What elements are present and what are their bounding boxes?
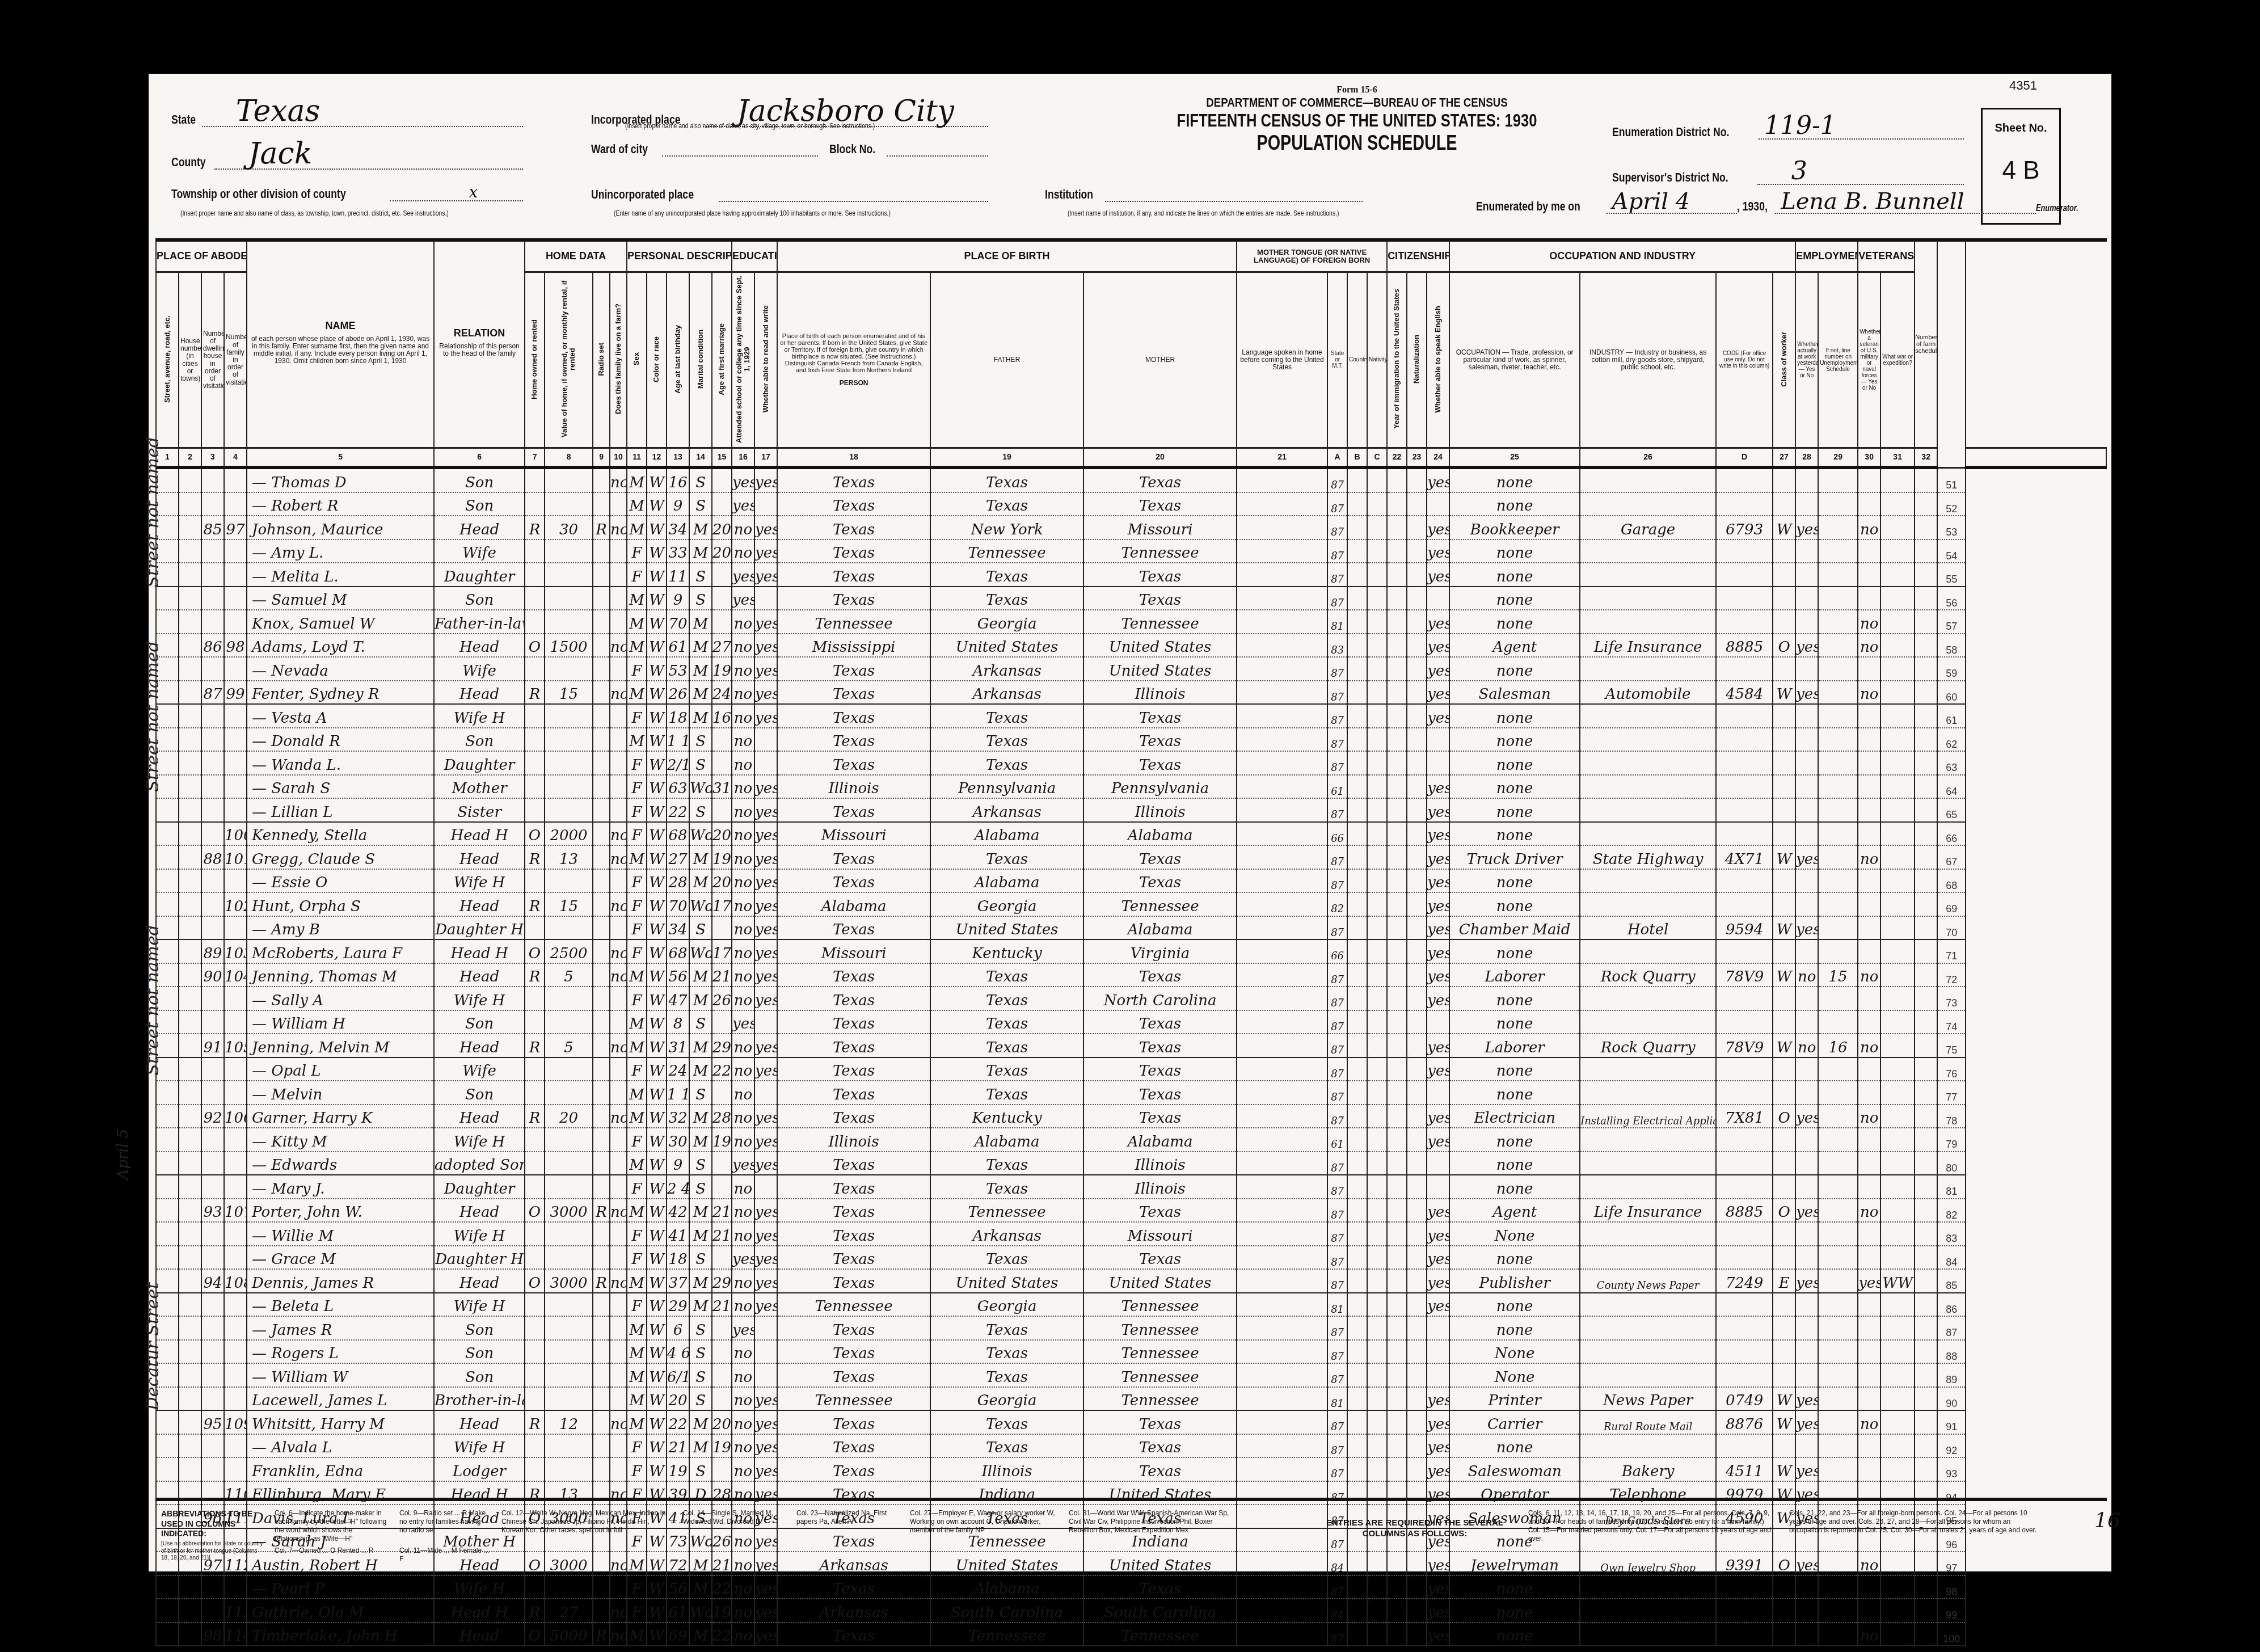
race-cell: W <box>647 1246 667 1270</box>
immigration-year-cell <box>1387 892 1407 916</box>
column-number: 19 <box>930 448 1083 468</box>
farm-schedule-cell <box>1915 1034 1937 1057</box>
industry-cell <box>1580 704 1716 728</box>
sex-cell: F <box>627 1575 647 1599</box>
line-number-cell: 80 <box>1937 1152 1966 1175</box>
speak-english-cell: yes <box>1427 1434 1449 1458</box>
person-name-cell: Jenning, Thomas M <box>247 963 434 987</box>
code-a-cell: 87 <box>1327 1316 1347 1340</box>
line-number-cell: 69 <box>1937 892 1966 916</box>
birthplace-cell: Tennessee <box>777 610 930 634</box>
line-number-cell: 55 <box>1937 563 1966 587</box>
code-b-cell <box>1347 1316 1367 1340</box>
home-owned-cell <box>525 1293 545 1317</box>
speak-english-cell: yes <box>1427 634 1449 658</box>
speak-english-cell: yes <box>1427 1057 1449 1081</box>
unemployment-line-cell <box>1818 634 1858 658</box>
veteran-cell <box>1858 1152 1880 1175</box>
column-number: A <box>1327 448 1347 468</box>
sex-cell: F <box>627 1057 647 1081</box>
farm-schedule-cell <box>1915 1081 1937 1105</box>
house-number-cell <box>179 939 201 963</box>
home-owned-cell <box>525 1175 545 1199</box>
code-c-cell <box>1367 987 1387 1010</box>
race-cell: W <box>647 1152 667 1175</box>
code-b-cell <box>1347 1457 1367 1481</box>
read-write-cell <box>754 1340 777 1364</box>
marital-cell: M <box>689 657 712 681</box>
enumeration-district-value: 119-1 <box>1759 113 1964 140</box>
sex-cell: M <box>627 1340 647 1364</box>
speak-english-cell: yes <box>1427 916 1449 940</box>
read-write-cell: yes <box>754 467 777 492</box>
veteran-cell <box>1858 563 1880 587</box>
veteran-cell: no <box>1858 516 1880 540</box>
at-work-cell <box>1795 1246 1818 1270</box>
person-name-cell: — Beleta L <box>247 1293 434 1317</box>
speak-english-cell <box>1427 1340 1449 1364</box>
home-value-cell <box>545 492 593 516</box>
mother-birthplace-cell: Tennessee <box>1083 892 1237 916</box>
radio-cell <box>593 1316 610 1340</box>
age-cell: 69 <box>667 1622 689 1646</box>
age-cell: 9 <box>667 587 689 610</box>
age-first-marriage-cell: 24 <box>712 681 732 705</box>
read-write-cell: yes <box>754 1034 777 1057</box>
class-of-worker-cell <box>1773 704 1795 728</box>
relation-cell: Head <box>434 845 525 869</box>
class-of-worker-cell <box>1773 939 1795 963</box>
language-cell <box>1237 1152 1327 1175</box>
occupation-code-cell: 7X81 <box>1716 1105 1773 1128</box>
farm-schedule-cell <box>1915 610 1937 634</box>
immigration-year-cell <box>1387 798 1407 822</box>
code-a-cell: 87 <box>1327 467 1347 492</box>
class-of-worker-cell: O <box>1773 1199 1795 1223</box>
age-first-marriage-cell <box>712 563 732 587</box>
marital-cell: S <box>689 1316 712 1340</box>
naturalization-cell <box>1407 916 1427 940</box>
immigration-year-cell <box>1387 916 1407 940</box>
marital-cell: M <box>689 1105 712 1128</box>
age-cell: 19 <box>667 1457 689 1481</box>
industry-cell <box>1580 563 1716 587</box>
code-a-cell: 87 <box>1327 869 1347 893</box>
industry-cell <box>1580 1316 1716 1340</box>
table-row: — James RSonMW6SyesTexasTexasTennessee87… <box>156 1316 2106 1340</box>
language-cell <box>1237 1246 1327 1270</box>
read-write-cell: yes <box>754 1269 777 1293</box>
father-birthplace-cell: Texas <box>930 1340 1083 1364</box>
immigration-year-cell <box>1387 751 1407 775</box>
col-naturalization: Naturalization <box>1407 272 1427 448</box>
occupation-code-cell <box>1716 1363 1773 1387</box>
radio-cell <box>593 751 610 775</box>
war-cell <box>1880 1316 1915 1340</box>
birthplace-cell: Texas <box>777 704 930 728</box>
read-write-cell: yes <box>754 657 777 681</box>
marital-cell: M <box>689 1434 712 1458</box>
col-code-a: State or M.T. <box>1327 272 1347 448</box>
house-number-cell <box>179 1057 201 1081</box>
sex-cell: F <box>627 1457 647 1481</box>
home-value-cell: 12 <box>545 1410 593 1434</box>
marital-cell: M <box>689 963 712 987</box>
farm-schedule-cell <box>1915 1575 1937 1599</box>
read-write-cell: yes <box>754 822 777 846</box>
school-cell: no <box>732 1340 754 1364</box>
at-work-cell <box>1795 869 1818 893</box>
dwelling-number-cell <box>201 728 224 752</box>
street-cell <box>156 798 179 822</box>
language-cell <box>1237 728 1327 752</box>
war-cell <box>1880 1222 1915 1246</box>
father-birthplace-cell: Texas <box>930 751 1083 775</box>
war-cell <box>1880 1057 1915 1081</box>
radio-cell <box>593 987 610 1010</box>
occupation-code-cell: 78V9 <box>1716 963 1773 987</box>
column-number: 18 <box>777 448 930 468</box>
column-number: 4 <box>224 448 247 468</box>
dwelling-number-cell <box>201 1010 224 1034</box>
table-row: 94108Dennis, James RHeadO3000RnoMW37M29n… <box>156 1269 2106 1293</box>
class-of-worker-cell <box>1773 1293 1795 1317</box>
dwelling-number-cell: 88 <box>201 845 224 869</box>
column-number: 28 <box>1795 448 1818 468</box>
mother-birthplace-cell: Texas <box>1083 704 1237 728</box>
immigration-year-cell <box>1387 1316 1407 1340</box>
school-cell: no <box>732 516 754 540</box>
age-first-marriage-cell <box>712 587 732 610</box>
veteran-cell: no <box>1858 1199 1880 1223</box>
industry-cell <box>1580 869 1716 893</box>
speak-english-cell: yes <box>1427 1128 1449 1152</box>
code-c-cell <box>1367 587 1387 610</box>
house-number-cell <box>179 657 201 681</box>
age-first-marriage-cell <box>712 1175 732 1199</box>
code-a-cell: 87 <box>1327 798 1347 822</box>
birthplace-cell: Illinois <box>777 775 930 799</box>
table-row: — Rogers LSonMW4 6/12SnoTexasTexasTennes… <box>156 1340 2106 1364</box>
institution-label: Institution <box>1045 187 1093 202</box>
race-cell: W <box>647 540 667 563</box>
at-work-cell <box>1795 492 1818 516</box>
veteran-cell <box>1858 1010 1880 1034</box>
home-owned-cell: R <box>525 681 545 705</box>
family-number-cell: 100 <box>224 822 247 846</box>
farm-cell <box>610 657 627 681</box>
family-number-cell <box>224 467 247 492</box>
war-cell <box>1880 681 1915 705</box>
occupation-cell: Salesman <box>1449 681 1580 705</box>
enumerator-label: Enumerator. <box>2036 204 2078 214</box>
col-house-number: House number (in cities or towns) <box>179 272 201 448</box>
unemployment-line-cell <box>1818 1199 1858 1223</box>
code-b-cell <box>1347 634 1367 658</box>
column-number: 11 <box>627 448 647 468</box>
farm-schedule-cell <box>1915 845 1937 869</box>
relation-cell: adopted Son <box>434 1152 525 1175</box>
home-value-cell <box>545 704 593 728</box>
radio-cell <box>593 1081 610 1105</box>
table-row: — MelvinSonMW1 1/12SnoTexasTexasTexas87n… <box>156 1081 2106 1105</box>
home-owned-cell <box>525 1387 545 1411</box>
code-b-cell <box>1347 1269 1367 1293</box>
veteran-cell <box>1858 1457 1880 1481</box>
code-b-cell <box>1347 540 1367 563</box>
house-number-cell <box>179 775 201 799</box>
at-work-cell <box>1795 1010 1818 1034</box>
house-number-cell <box>179 963 201 987</box>
line-number-cell: 89 <box>1937 1363 1966 1387</box>
dwelling-number-cell <box>201 587 224 610</box>
unemployment-line-cell <box>1818 657 1858 681</box>
marital-cell: M <box>689 1222 712 1246</box>
sex-cell: F <box>627 657 647 681</box>
immigration-year-cell <box>1387 1410 1407 1434</box>
margin-street-note-3: Street not named <box>143 925 163 1076</box>
industry-cell <box>1580 1340 1716 1364</box>
mother-birthplace-cell: Texas <box>1083 869 1237 893</box>
relation-cell: Head <box>434 1034 525 1057</box>
person-name-cell: — Samuel M <box>247 587 434 610</box>
dwelling-number-cell: 94 <box>201 1269 224 1293</box>
abbrev-col12: Col. 12—White W, Negro Neg, Mexican Mex,… <box>501 1509 672 1535</box>
home-owned-cell <box>525 492 545 516</box>
at-work-cell <box>1795 728 1818 752</box>
code-c-cell <box>1367 822 1387 846</box>
birthplace-cell: Texas <box>777 1222 930 1246</box>
occupation-code-cell: 8876 <box>1716 1410 1773 1434</box>
occupation-cell: none <box>1449 1057 1580 1081</box>
farm-schedule-cell <box>1915 704 1937 728</box>
speak-english-cell: yes <box>1427 1457 1449 1481</box>
farm-cell <box>610 1175 627 1199</box>
class-of-worker-cell: E <box>1773 1269 1795 1293</box>
relation-cell: Brother-in-law <box>434 1387 525 1411</box>
language-cell <box>1237 1199 1327 1223</box>
house-number-cell <box>179 987 201 1010</box>
sex-cell: M <box>627 1152 647 1175</box>
person-name-cell: — Opal L <box>247 1057 434 1081</box>
age-first-marriage-cell: 29 <box>712 1034 732 1057</box>
person-name-cell: — Melita L. <box>247 563 434 587</box>
marital-cell: M <box>689 1575 712 1599</box>
birthplace-cell: Texas <box>777 1269 930 1293</box>
radio-cell <box>593 1410 610 1434</box>
speak-english-cell: yes <box>1427 1387 1449 1411</box>
unemployment-line-cell <box>1818 1105 1858 1128</box>
relation-cell: Wife <box>434 657 525 681</box>
house-number-cell <box>179 1340 201 1364</box>
family-number-cell <box>224 751 247 775</box>
age-cell: 1 1/12 <box>667 728 689 752</box>
code-c-cell <box>1367 1434 1387 1458</box>
home-value-cell <box>545 1316 593 1340</box>
census-title: FIFTEENTH CENSUS OF THE UNITED STATES: 1… <box>1153 110 1561 131</box>
line-number-cell: 53 <box>1937 516 1966 540</box>
school-cell: no <box>732 1222 754 1246</box>
home-owned-cell <box>525 1081 545 1105</box>
occupation-cell: none <box>1449 1175 1580 1199</box>
house-number-cell <box>179 1622 201 1646</box>
immigration-year-cell <box>1387 1457 1407 1481</box>
unemployment-line-cell <box>1818 1222 1858 1246</box>
war-cell <box>1880 1175 1915 1199</box>
mother-birthplace-cell: Texas <box>1083 1199 1237 1223</box>
immigration-year-cell <box>1387 1387 1407 1411</box>
read-write-cell: yes <box>754 1105 777 1128</box>
enumerated-year: , 1930, <box>1737 199 1768 214</box>
home-value-cell <box>545 1434 593 1458</box>
unemployment-line-cell <box>1818 1152 1858 1175</box>
language-cell <box>1237 1222 1327 1246</box>
birthplace-cell: Texas <box>777 728 930 752</box>
father-birthplace-cell: Kentucky <box>930 939 1083 963</box>
house-number-cell <box>179 516 201 540</box>
farm-cell <box>610 540 627 563</box>
street-cell <box>156 822 179 846</box>
relation-cell: Son <box>434 1010 525 1034</box>
marital-cell: M <box>689 1128 712 1152</box>
family-number-cell <box>224 704 247 728</box>
birthplace-cell: Texas <box>777 1575 930 1599</box>
father-birthplace-cell: Georgia <box>930 1293 1083 1317</box>
class-of-worker-cell <box>1773 1081 1795 1105</box>
language-cell <box>1237 1081 1327 1105</box>
father-birthplace-cell: United States <box>930 1269 1083 1293</box>
house-number-cell <box>179 563 201 587</box>
home-value-cell <box>545 1575 593 1599</box>
at-work-cell <box>1795 587 1818 610</box>
home-owned-cell: O <box>525 1269 545 1293</box>
code-b-cell <box>1347 728 1367 752</box>
code-b-cell <box>1347 1363 1367 1387</box>
veteran-cell <box>1858 1081 1880 1105</box>
school-cell: no <box>732 916 754 940</box>
radio-cell <box>593 798 610 822</box>
occupation-code-cell: 78V9 <box>1716 1034 1773 1057</box>
age-first-marriage-cell: 28 <box>712 1105 732 1128</box>
war-cell <box>1880 1081 1915 1105</box>
naturalization-cell <box>1407 704 1427 728</box>
read-write-cell: yes <box>754 1222 777 1246</box>
read-write-cell: yes <box>754 1622 777 1646</box>
naturalization-cell <box>1407 1622 1427 1646</box>
code-b-cell <box>1347 1034 1367 1057</box>
industry-cell <box>1580 657 1716 681</box>
home-owned-cell <box>525 467 545 492</box>
age-first-marriage-cell <box>712 1316 732 1340</box>
language-cell <box>1237 467 1327 492</box>
dwelling-number-cell <box>201 467 224 492</box>
marital-cell: S <box>689 467 712 492</box>
radio-cell <box>593 587 610 610</box>
class-of-worker-cell <box>1773 1246 1795 1270</box>
mother-birthplace-cell: Illinois <box>1083 1175 1237 1199</box>
mother-birthplace-cell: Alabama <box>1083 916 1237 940</box>
line-number-cell: 82 <box>1937 1199 1966 1223</box>
house-number-cell <box>179 1434 201 1458</box>
home-owned-cell: O <box>525 1199 545 1223</box>
war-cell <box>1880 1152 1915 1175</box>
occupation-code-cell: 8885 <box>1716 1199 1773 1223</box>
read-write-cell: yes <box>754 1457 777 1481</box>
code-b-cell <box>1347 1599 1367 1622</box>
class-of-worker-cell <box>1773 798 1795 822</box>
farm-cell: no <box>610 963 627 987</box>
war-cell <box>1880 1622 1915 1646</box>
dwelling-number-cell <box>201 1293 224 1317</box>
house-number-cell <box>179 1128 201 1152</box>
age-first-marriage-cell: 19 <box>712 657 732 681</box>
dwelling-number-cell <box>201 1599 224 1622</box>
language-cell <box>1237 1034 1327 1057</box>
language-cell <box>1237 704 1327 728</box>
farm-cell <box>610 1246 627 1270</box>
margin-street-note-4: Decatur Street <box>143 1282 163 1410</box>
father-birthplace-cell: Alabama <box>930 1575 1083 1599</box>
birthplace-cell: Texas <box>777 798 930 822</box>
code-b-cell <box>1347 1575 1367 1599</box>
dwelling-number-cell <box>201 1457 224 1481</box>
unemployment-line-cell <box>1818 798 1858 822</box>
unemployment-line-cell <box>1818 516 1858 540</box>
birthplace-cell: Arkansas <box>777 1599 930 1622</box>
at-work-cell: yes <box>1795 634 1818 658</box>
family-number-cell: 113 <box>224 1599 247 1622</box>
occupation-code-cell <box>1716 704 1773 728</box>
naturalization-cell <box>1407 1057 1427 1081</box>
code-c-cell <box>1367 1105 1387 1128</box>
immigration-year-cell <box>1387 845 1407 869</box>
class-of-worker-cell <box>1773 1316 1795 1340</box>
age-cell: 1 1/12 <box>667 1081 689 1105</box>
family-number-cell <box>224 1246 247 1270</box>
age-first-marriage-cell <box>712 492 732 516</box>
unemployment-line-cell <box>1818 1457 1858 1481</box>
department-title: DEPARTMENT OF COMMERCE—BUREAU OF THE CEN… <box>1140 95 1574 110</box>
birthplace-cell: Texas <box>777 1057 930 1081</box>
occupation-cell: none <box>1449 1010 1580 1034</box>
war-cell <box>1880 1199 1915 1223</box>
industry-cell <box>1580 1575 1716 1599</box>
person-name-cell: Porter, John W. <box>247 1199 434 1223</box>
age-cell: 22 <box>667 798 689 822</box>
school-cell: no <box>732 892 754 916</box>
code-a-cell: 87 <box>1327 1152 1347 1175</box>
mother-birthplace-cell: Alabama <box>1083 822 1237 846</box>
occupation-cell: Printer <box>1449 1387 1580 1411</box>
veteran-cell <box>1858 1222 1880 1246</box>
birthplace-cell: Texas <box>777 657 930 681</box>
veteran-cell: no <box>1858 963 1880 987</box>
veteran-cell <box>1858 1575 1880 1599</box>
birthplace-cell: Texas <box>777 681 930 705</box>
age-first-marriage-cell: 22 <box>712 1575 732 1599</box>
code-a-cell: 87 <box>1327 1410 1347 1434</box>
radio-cell <box>593 540 610 563</box>
code-c-cell <box>1367 869 1387 893</box>
farm-cell: no <box>610 516 627 540</box>
code-a-cell: 87 <box>1327 540 1347 563</box>
person-name-cell: — Grace M <box>247 1246 434 1270</box>
age-cell: 8 <box>667 1010 689 1034</box>
table-row: — Donald RSonMW1 1/12SnoTexasTexasTexas8… <box>156 728 2106 752</box>
race-cell: W <box>647 657 667 681</box>
school-cell: no <box>732 681 754 705</box>
read-write-cell: yes <box>754 563 777 587</box>
